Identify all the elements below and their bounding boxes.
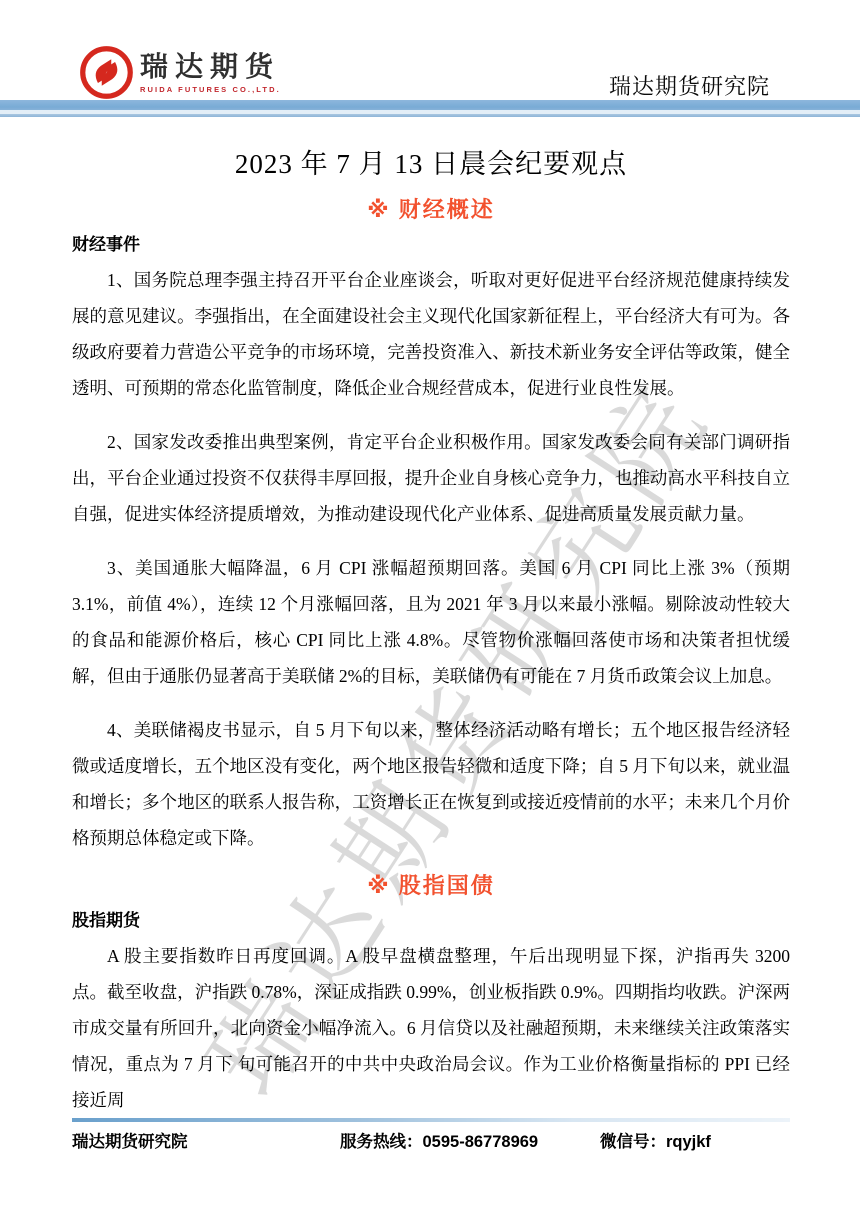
paragraph-finance-4: 4、美联储褐皮书显示，自 5 月下旬以来，整体经济活动略有增长；五个地区报告经济… [72,712,790,856]
brand-name-en: RUIDA FUTURES CO.,LTD. [140,85,281,94]
page-title: 2023 年 7 月 13 日晨会纪要观点 [72,146,790,182]
subheading-finance-events: 财经事件 [72,234,790,256]
paragraph-stock-index-1: A 股主要指数昨日再度回调。A 股早盘横盘整理，午后出现明显下探，沪指再失 32… [72,938,790,1118]
paragraph-finance-2: 2、国家发改委推出典型案例，肯定平台企业积极作用。国家发改委会同有关部门调研指出… [72,424,790,532]
header-bar-bottom-line [0,114,860,117]
document-body: 2023 年 7 月 13 日晨会纪要观点 ※ 财经概述 财经事件 1、国务院总… [72,118,790,1118]
logo-text: 瑞达期货 RUIDA FUTURES CO.,LTD. [140,44,281,94]
footer-institute: 瑞达期货研究院 [72,1128,188,1152]
document-page: 瑞达期货研究院 瑞达期货 RUIDA FUTURES CO.,LTD. 瑞达期货… [0,0,860,1217]
page-footer: 瑞达期货研究院 服务热线：0595-86778969 微信号：rqyjkf [72,1128,790,1152]
footer-divider-bar [72,1118,790,1122]
subheading-stock-index-futures: 股指期货 [72,910,790,932]
ruida-logo-icon [78,44,135,101]
brand-name-cn: 瑞达期货 [140,53,281,81]
header-institute-title: 瑞达期货研究院 [609,70,770,101]
section-heading-stock-index-bonds: ※ 股指国债 [72,872,790,900]
paragraph-finance-3: 3、美国通胀大幅降温，6 月 CPI 涨幅超预期回落。美国 6 月 CPI 同比… [72,550,790,694]
footer-wechat: 微信号：rqyjkf [600,1128,711,1152]
header-divider-bar [0,100,860,117]
header-bar-main-stripe [0,100,860,110]
section-heading-finance-overview: ※ 财经概述 [72,196,790,224]
paragraph-finance-1: 1、国务院总理李强主持召开平台企业座谈会，听取对更好促进平台经济规范健康持续发展… [72,262,790,406]
footer-hotline: 服务热线：0595-86778969 [340,1128,538,1152]
company-logo: 瑞达期货 RUIDA FUTURES CO.,LTD. [78,44,281,101]
